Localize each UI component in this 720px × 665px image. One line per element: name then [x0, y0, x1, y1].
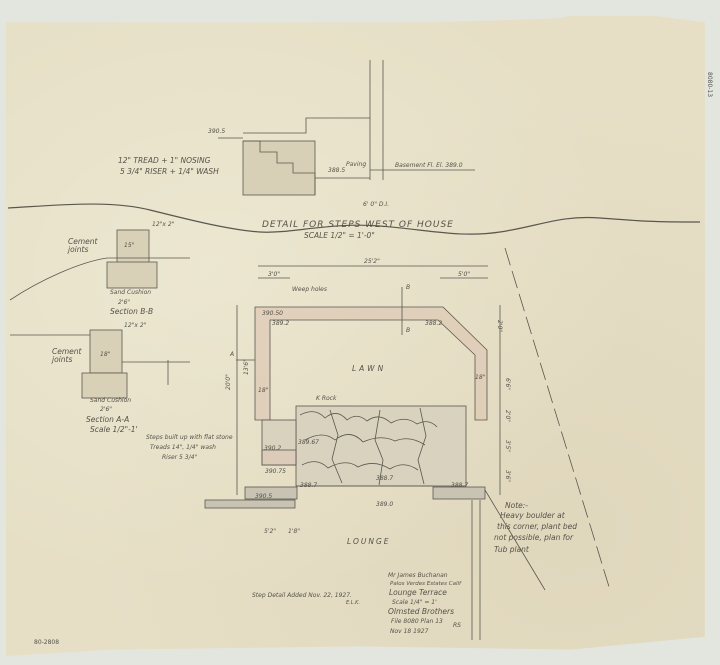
- section-marker-b-top: B: [406, 285, 410, 292]
- elevation-7: 388.7: [300, 483, 317, 490]
- rock-label: K Rock: [316, 396, 336, 403]
- revision-text: Step Detail Added Nov. 22, 1927.: [252, 593, 352, 600]
- elevation-3: 388.2: [425, 321, 442, 328]
- note-line-4: Tub plant: [494, 546, 529, 554]
- right-dim-3: 2'0": [503, 410, 510, 422]
- overall-width-dim: 25'2": [364, 259, 380, 266]
- section-bb-wall-width: 15": [124, 243, 134, 250]
- section-marker-b-bottom: B: [406, 328, 410, 335]
- stair-detail-scale: SCALE 1/2" = 1'-0": [304, 232, 375, 240]
- section-aa-scale: Scale 1/2"-1': [90, 426, 138, 434]
- elevation-1: 390.50: [262, 311, 283, 318]
- section-bb-sand: Sand Cushion: [110, 290, 151, 297]
- lawn-label: LAWN: [352, 365, 386, 373]
- section-aa-base: 2'6": [100, 407, 112, 414]
- title-client: Mr James Buchanan: [388, 573, 448, 580]
- title-initials: RS: [453, 623, 461, 630]
- depth-dim: 6' 0" D.I.: [363, 202, 389, 209]
- right-dim-4: 3'5": [503, 440, 510, 452]
- right-dim: 5'0": [458, 272, 470, 279]
- note-line-3: not possible, plan for: [494, 534, 573, 542]
- section-aa-label: Section A-A: [86, 416, 129, 424]
- revision-initials: E.L.K.: [346, 601, 360, 607]
- margin-note-top-right: 8080-13: [705, 72, 712, 97]
- elevation-6: 390.75: [265, 469, 286, 476]
- note-line-2: this corner, plant bed: [497, 523, 577, 531]
- elevation-paving: 388.5: [328, 168, 345, 175]
- section-aa-wall: [10, 330, 190, 398]
- title-firm: Olmsted Brothers: [388, 608, 454, 616]
- wall-width-left: 18": [258, 388, 268, 395]
- stair-section: [218, 60, 475, 195]
- wall-width-right: 18": [475, 375, 485, 382]
- note-heading: Note:-: [505, 502, 528, 510]
- title-project: Lounge Terrace: [389, 589, 447, 597]
- section-bb-label: Section B-B: [110, 308, 153, 316]
- title-location: Palos Verdes Estates Calif: [390, 581, 461, 587]
- section-aa-sand: Sand Cushion: [90, 398, 131, 405]
- right-dim-2: 6'6": [503, 378, 510, 390]
- drawing-linework: [0, 0, 720, 665]
- section-aa-cement-joints: Cement joints: [52, 348, 88, 365]
- elevation-10: 390.5: [255, 494, 272, 501]
- weep-holes-label: Weep holes: [292, 287, 327, 294]
- margin-note-bottom-left: 80-2808: [34, 640, 59, 647]
- title-date: Nov 18 1927: [390, 629, 428, 636]
- note-line-1: Heavy boulder at: [500, 512, 565, 520]
- elevation-5: 390.2: [264, 446, 281, 453]
- title-scale: Scale 1/4" = 1': [392, 600, 437, 607]
- bottom-dim-2: 1'8": [288, 529, 300, 536]
- bottom-dim-1: 5'2": [264, 529, 276, 536]
- flagstone-terrace: [296, 406, 466, 486]
- section-aa-wall-width: 18": [100, 352, 110, 359]
- elevation-2: 389.2: [272, 321, 289, 328]
- section-bb-cement-joints: Cement joints: [68, 238, 108, 255]
- section-marker-a: A: [230, 352, 234, 359]
- title-file: File 8080 Plan 13: [391, 619, 443, 626]
- left-height-dim: 13'6": [244, 359, 251, 375]
- right-dim-5: 3'6": [503, 470, 510, 482]
- overall-height-dim: 20'0": [226, 374, 233, 390]
- section-bb-base: 2'6": [118, 300, 130, 307]
- tread-note-2: 5 3/4" RISER + 1/4" WASH: [120, 168, 219, 176]
- steps-note-3: Riser 5 3/4": [162, 455, 197, 462]
- elevation-top: 390.5: [208, 129, 225, 136]
- elevation-11: 389.0: [376, 502, 393, 509]
- left-dim: 3'0": [268, 272, 280, 279]
- right-dim-1: 2'0": [495, 320, 502, 332]
- paving-label: Paving: [346, 162, 366, 169]
- elevation-4: 389.67: [298, 440, 319, 447]
- steps-note-2: Treads 14", 1/4" wash: [150, 445, 216, 452]
- basement-label: Basement Fl. El. 389.0: [395, 163, 463, 170]
- lounge-label: LOUNGE: [347, 538, 391, 546]
- section-aa-cap-dim: 12"x 2": [124, 323, 146, 330]
- section-bb-cap-dim: 12"x 2": [152, 222, 174, 229]
- tread-note-1: 12" TREAD + 1" NOSING: [118, 157, 210, 165]
- steps-note-1: Steps built up with flat stone: [146, 435, 233, 442]
- stair-detail-title: DETAIL FOR STEPS WEST OF HOUSE: [262, 221, 454, 231]
- elevation-9: 388.7: [451, 483, 468, 490]
- elevation-8: 388.7: [376, 476, 393, 483]
